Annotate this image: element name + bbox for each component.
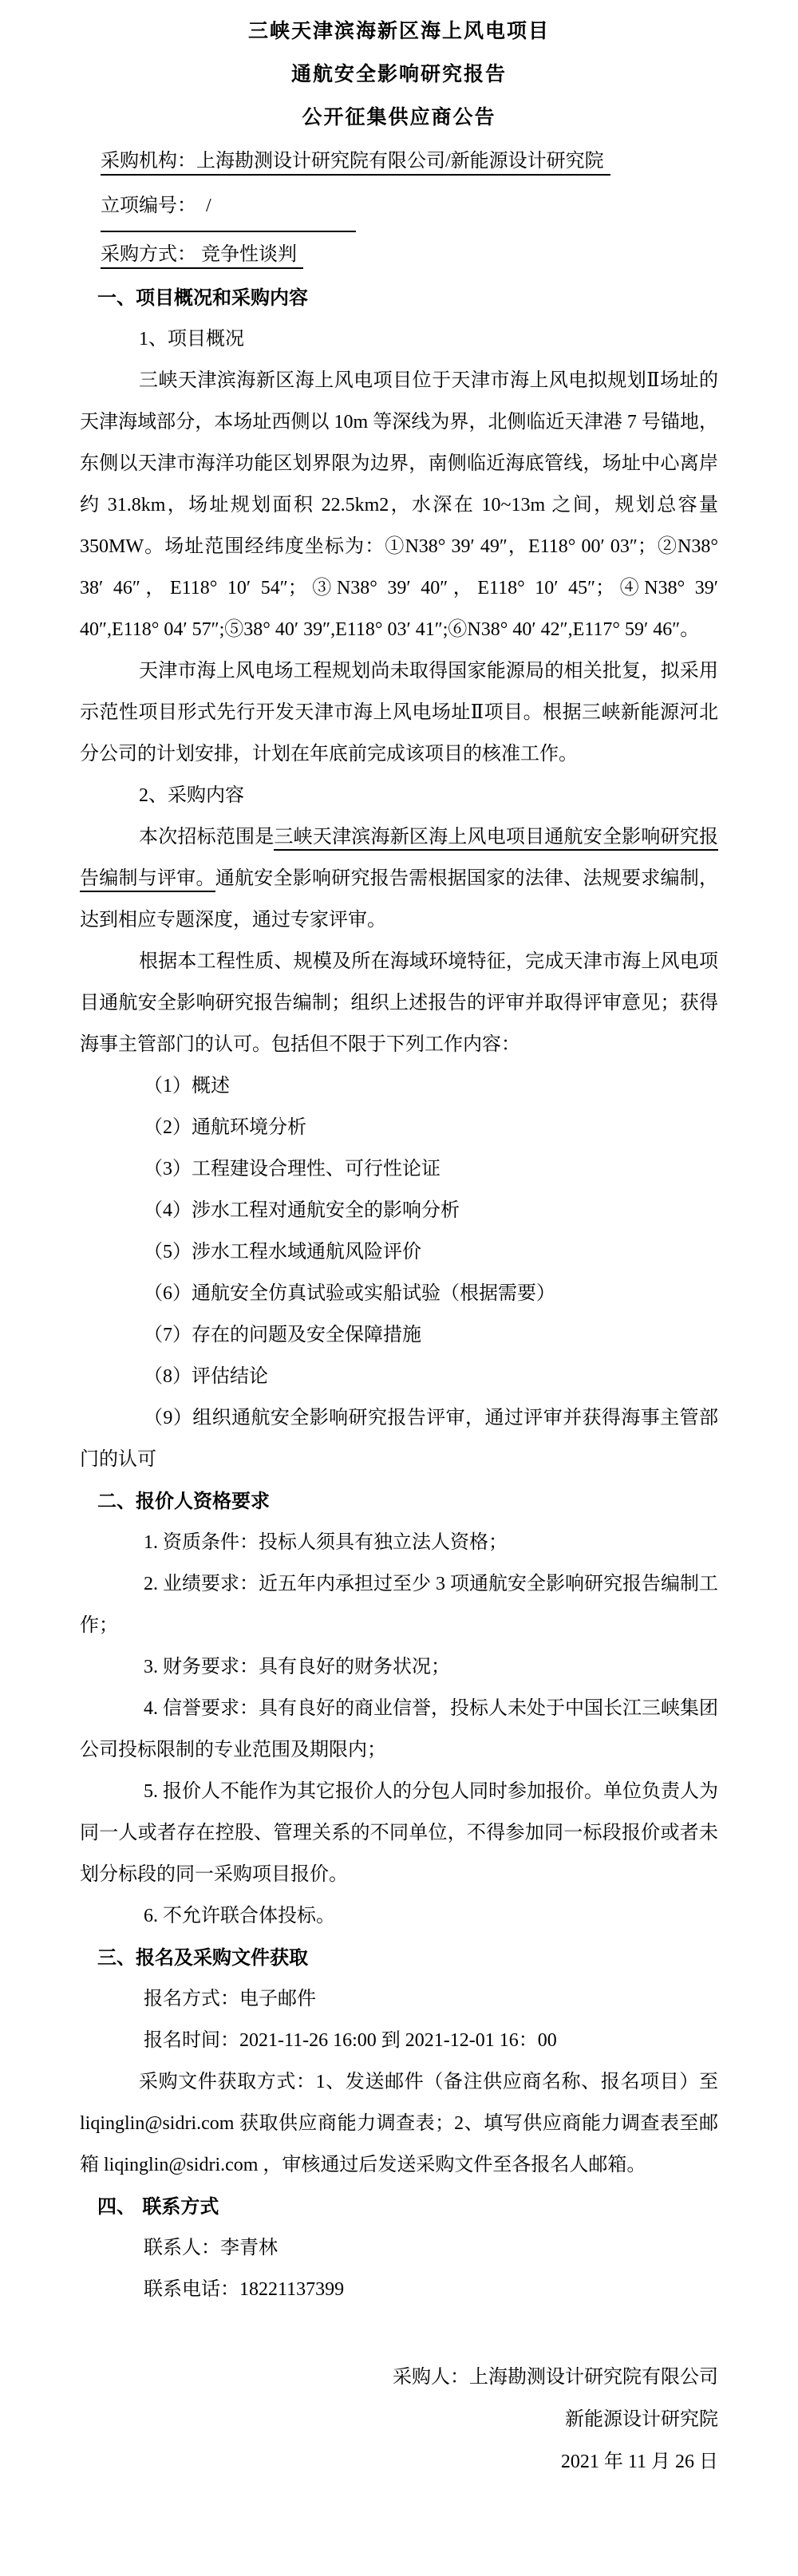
purchasing-agency-line: 采购机构：上海勘测设计研究院有限公司/新能源设计研究院 — [101, 139, 718, 184]
project-overview-paragraph-2: 天津市海上风电场工程规划尚未取得国家能源局的相关批复，拟采用示范性项目形式先行开… — [80, 650, 718, 775]
procurement-method-line: 采购方式： 竞争性谈判 — [101, 232, 718, 277]
work-item-6: （6）通航安全仿真试验或实船试验（根据需要） — [80, 1273, 718, 1314]
work-item-4: （4）涉水工程对通航安全的影响分析 — [80, 1190, 718, 1231]
procurement-method-label: 采购方式： — [101, 244, 196, 265]
signature-department: 新能源设计研究院 — [80, 2399, 718, 2441]
subsection-1-2-heading: 2、采购内容 — [80, 775, 718, 816]
work-content-intro-paragraph: 根据本工程性质、规模及所在海域环境特征，完成天津市海上风电项目通航安全影响研究报… — [80, 941, 718, 1065]
subsection-1-1-heading: 1、项目概况 — [80, 318, 718, 360]
doc-title-line-1: 三峡天津滨海新区海上风电项目 — [80, 10, 718, 53]
doc-title-line-3: 公开征集供应商公告 — [80, 96, 718, 139]
qualification-item-6: 6. 不允许联合体投标。 — [80, 1895, 718, 1937]
procurement-scope-paragraph: 本次招标范围是三峡天津滨海新区海上风电项目通航安全影响研究报告编制与评审。通航安… — [80, 816, 718, 941]
procurement-method-value: 竞争性谈判 — [196, 244, 297, 265]
section-2-heading: 二、报价人资格要求 — [97, 1480, 718, 1522]
signature-date: 2021 年 11 月 26 日 — [80, 2441, 718, 2483]
section-1-heading: 一、项目概况和采购内容 — [97, 277, 718, 318]
project-number-line: 立项编号： / — [101, 184, 718, 232]
work-item-8: （8）评估结论 — [80, 1356, 718, 1397]
signature-purchaser: 采购人：上海勘测设计研究院有限公司 — [80, 2357, 718, 2399]
project-number-value: / — [196, 196, 211, 216]
work-item-3: （3）工程建设合理性、可行性论证 — [80, 1148, 718, 1190]
purchasing-agency-label: 采购机构： — [101, 151, 196, 172]
section-3-heading: 三、报名及采购文件获取 — [97, 1937, 718, 1978]
doc-title-line-2: 通航安全影响研究报告 — [80, 53, 718, 96]
work-item-9: （9）组织通航安全影响研究报告评审，通过评审并获得海事主管部门的认可 — [80, 1397, 718, 1480]
qualification-item-5: 5. 报价人不能作为其它报价人的分包人同时参加报价。单位负责人为同一人或者存在控… — [80, 1771, 718, 1895]
qualification-item-2: 2. 业绩要求：近五年内承担过至少 3 项通航安全影响研究报告编制工作； — [80, 1563, 718, 1646]
purchasing-agency-value: 上海勘测设计研究院有限公司/新能源设计研究院 — [196, 151, 604, 172]
qualification-item-1: 1. 资质条件：投标人须具有独立法人资格； — [80, 1522, 718, 1563]
work-item-2: （2）通航环境分析 — [80, 1107, 718, 1148]
registration-method-line: 报名方式：电子邮件 — [80, 1978, 718, 2020]
work-item-5: （5）涉水工程水域通航风险评价 — [80, 1231, 718, 1273]
scope-prefix-text: 本次招标范围是 — [139, 827, 274, 847]
contact-person-line: 联系人：李青林 — [80, 2227, 718, 2269]
document-acquisition-paragraph: 采购文件获取方式：1、发送邮件（备注供应商名称、报名项目）至 liqinglin… — [80, 2061, 718, 2186]
work-item-7: （7）存在的问题及安全保障措施 — [80, 1314, 718, 1356]
qualification-item-3: 3. 财务要求：具有良好的财务状况； — [80, 1646, 718, 1688]
project-number-label: 立项编号： — [101, 196, 196, 216]
project-overview-paragraph-1: 三峡天津滨海新区海上风电项目位于天津市海上风电拟规划Ⅱ场址的天津海域部分，本场址… — [80, 360, 718, 650]
registration-time-line: 报名时间：2021-11-26 16:00 到 2021-12-01 16：00 — [80, 2020, 718, 2061]
document-page: 三峡天津滨海新区海上风电项目 通航安全影响研究报告 公开征集供应商公告 采购机构… — [0, 0, 798, 2576]
work-item-1: （1）概述 — [80, 1065, 718, 1107]
qualification-item-4: 4. 信誉要求：具有良好的商业信誉，投标人未处于中国长江三峡集团公司投标限制的专… — [80, 1688, 718, 1771]
contact-phone-line: 联系电话：18221137399 — [80, 2269, 718, 2310]
signature-block: 采购人：上海勘测设计研究院有限公司 新能源设计研究院 2021 年 11 月 2… — [80, 2357, 718, 2483]
section-4-heading: 四、 联系方式 — [97, 2186, 718, 2227]
